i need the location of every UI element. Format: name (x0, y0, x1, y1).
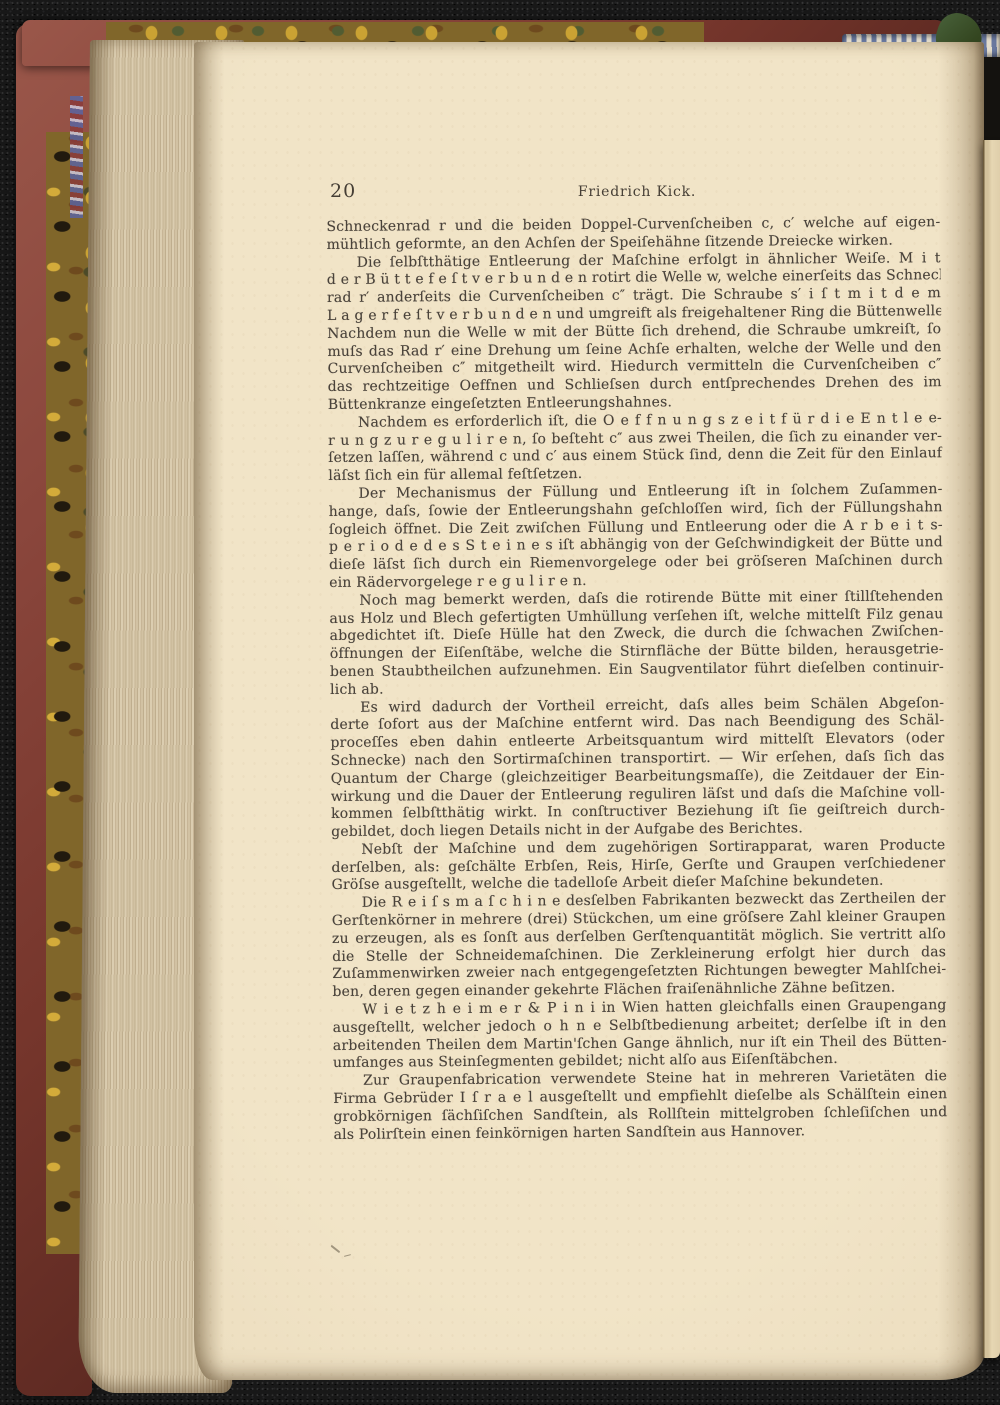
page-left-shadow (194, 42, 224, 1380)
paragraph: Die R e i ſ s m a ſ c h i n e desſelben … (332, 890, 947, 1002)
paragraph: Nachdem es erforderlich iſt, die O e f f… (328, 410, 943, 486)
paragraph: Die ſelbſtthätige Entleerung der Maſchin… (327, 250, 942, 415)
scanned-page: 20 Friedrich Kick. Schneckenrad r und di… (194, 42, 984, 1380)
paragraph: Schneckenrad r und die beiden Doppel-Cur… (326, 214, 940, 254)
running-header: Friedrich Kick. (578, 184, 696, 200)
cover-cloth-strip (70, 96, 83, 218)
page-text: Schneckenrad r und die beiden Doppel-Cur… (326, 214, 947, 1144)
gutter-gap-shadow (983, 57, 1000, 141)
page-header: 20 Friedrich Kick. (330, 180, 944, 210)
pencil-mark (331, 1245, 341, 1253)
paragraph: W i e t z h e i m e r & P i n i in Wien … (333, 997, 948, 1073)
scan-background: 20 Friedrich Kick. Schneckenrad r und di… (0, 0, 1000, 1405)
paragraph: Noch mag bemerkt werden, daſs die rotire… (329, 588, 944, 700)
page-number: 20 (330, 180, 356, 202)
paragraph: Zur Graupenfabrication verwendete Steine… (333, 1068, 948, 1144)
paragraph: Nebſt der Maſchine und dem zugehörigen S… (331, 837, 945, 895)
gutter-shadow (938, 42, 984, 1380)
paragraph: Es wird dadurch der Vortheil erreicht, d… (330, 695, 945, 842)
paragraph: Der Mechanismus der Füllung und Entleeru… (328, 481, 943, 593)
next-page-sliver (983, 140, 1000, 1358)
pencil-mark (344, 1254, 351, 1257)
